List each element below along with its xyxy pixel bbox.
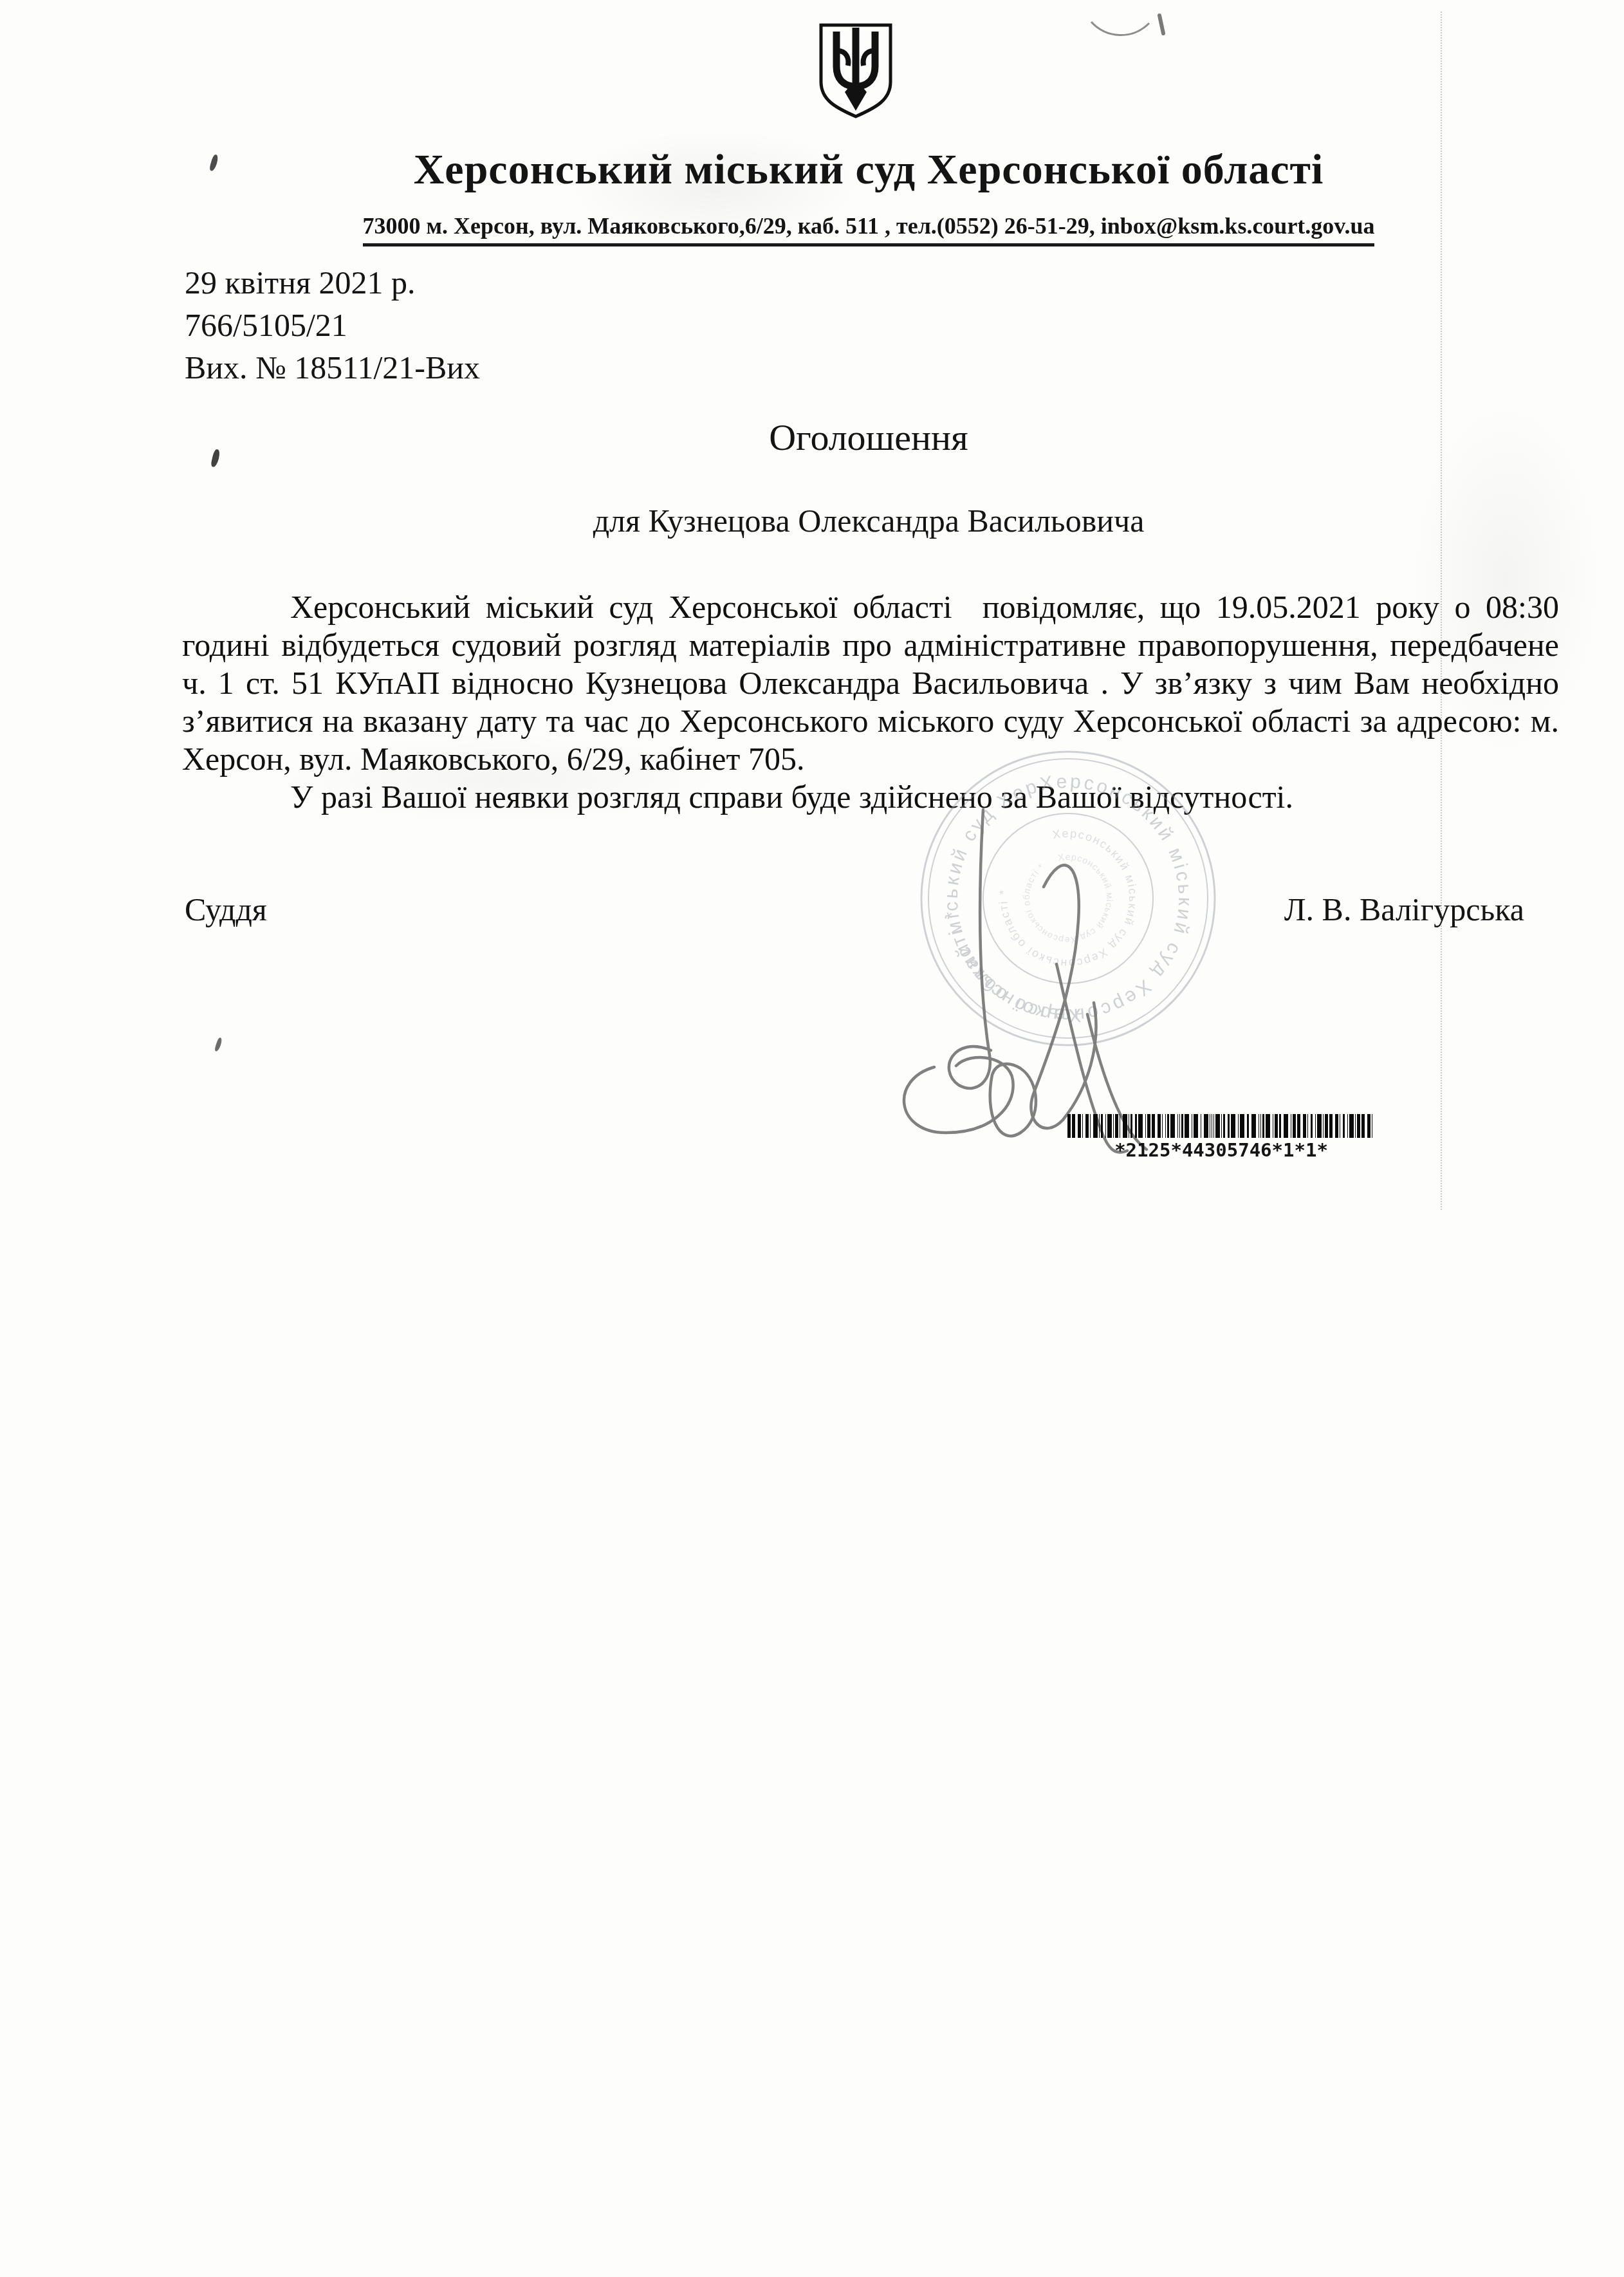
scan-artifact-dotted-line	[1441, 12, 1442, 1210]
handwritten-scan-marks	[1086, 12, 1176, 46]
court-address-line: 73000 м. Херсон, вул. Маяковського,6/29,…	[363, 213, 1375, 246]
addressee-line: для Кузнецова Олександра Васильовича	[180, 502, 1557, 539]
scan-artifact-mark	[214, 1037, 223, 1052]
judge-role-label: Суддя	[185, 891, 267, 928]
document-date: 29 квітня 2021 р.	[185, 261, 480, 304]
court-name-title: Херсонський міський суд Херсонської обла…	[180, 145, 1557, 194]
body-paragraph-1: Херсонський міський суд Херсонської обла…	[182, 588, 1559, 778]
judge-name: Л. В. Валігурська	[1284, 891, 1524, 928]
court-address-line-wrap: 73000 м. Херсон, вул. Маяковського,6/29,…	[180, 212, 1557, 239]
barcode-block: *2125*44305746*1*1*	[1046, 1114, 1396, 1161]
scanned-court-document: Херсонський міський суд Херсонської обла…	[0, 0, 1624, 2277]
ukraine-trident-icon	[812, 18, 900, 122]
outgoing-number: Вих. № 18511/21-Вих	[185, 346, 480, 389]
barcode-bars	[1046, 1114, 1396, 1138]
barcode-value: *2125*44305746*1*1*	[1046, 1139, 1396, 1161]
case-number: 766/5105/21	[185, 304, 480, 346]
judge-signature	[894, 772, 1242, 1158]
document-meta: 29 квітня 2021 р. 766/5105/21 Вих. № 185…	[185, 261, 480, 389]
document-title: Оголошення	[180, 416, 1557, 459]
signature-row: Суддя Л. В. Валігурська	[185, 891, 1524, 928]
